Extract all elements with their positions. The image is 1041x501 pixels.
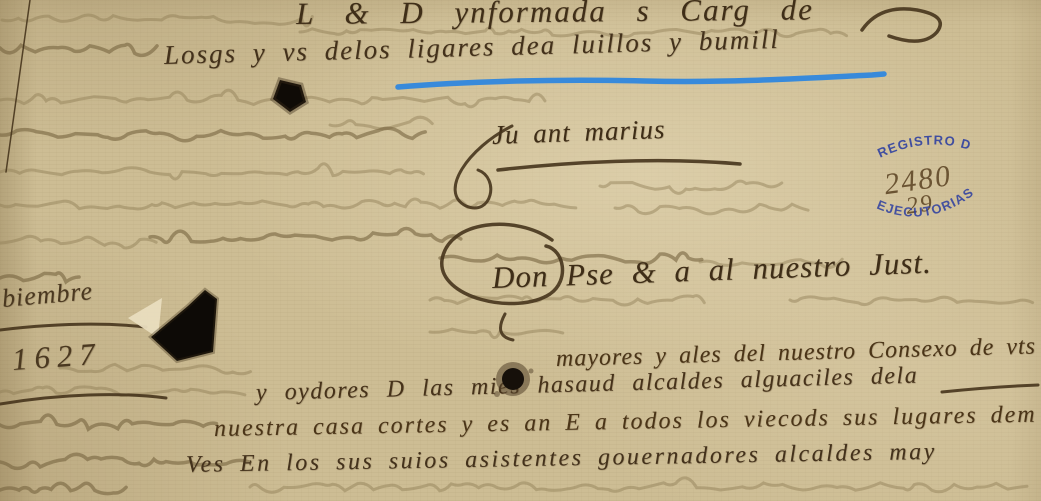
signature-flourish [455,126,512,208]
capital-d-tail [501,314,514,340]
ink-speckle [529,369,534,374]
paper-hole-small [273,80,306,112]
line-end-dash [942,385,1038,392]
blue-highlight-underline [398,74,884,87]
ink-speckle [494,391,500,397]
ornate-capital-d-flourish [442,224,563,303]
overlay-layer: REGISTRO DE 2480 29 EJECUTORIAS [0,0,1041,501]
top-line-flourish [862,9,940,41]
margin-rule-upper [0,324,146,330]
registry-stamp: REGISTRO DE 2480 29 EJECUTORIAS [0,0,977,220]
signature-underline [498,161,740,170]
ink-blot [502,368,524,390]
margin-rule-lower [0,395,166,404]
manuscript-page: L & D ynformada s Carg de Losgs y vs del… [0,0,1041,501]
